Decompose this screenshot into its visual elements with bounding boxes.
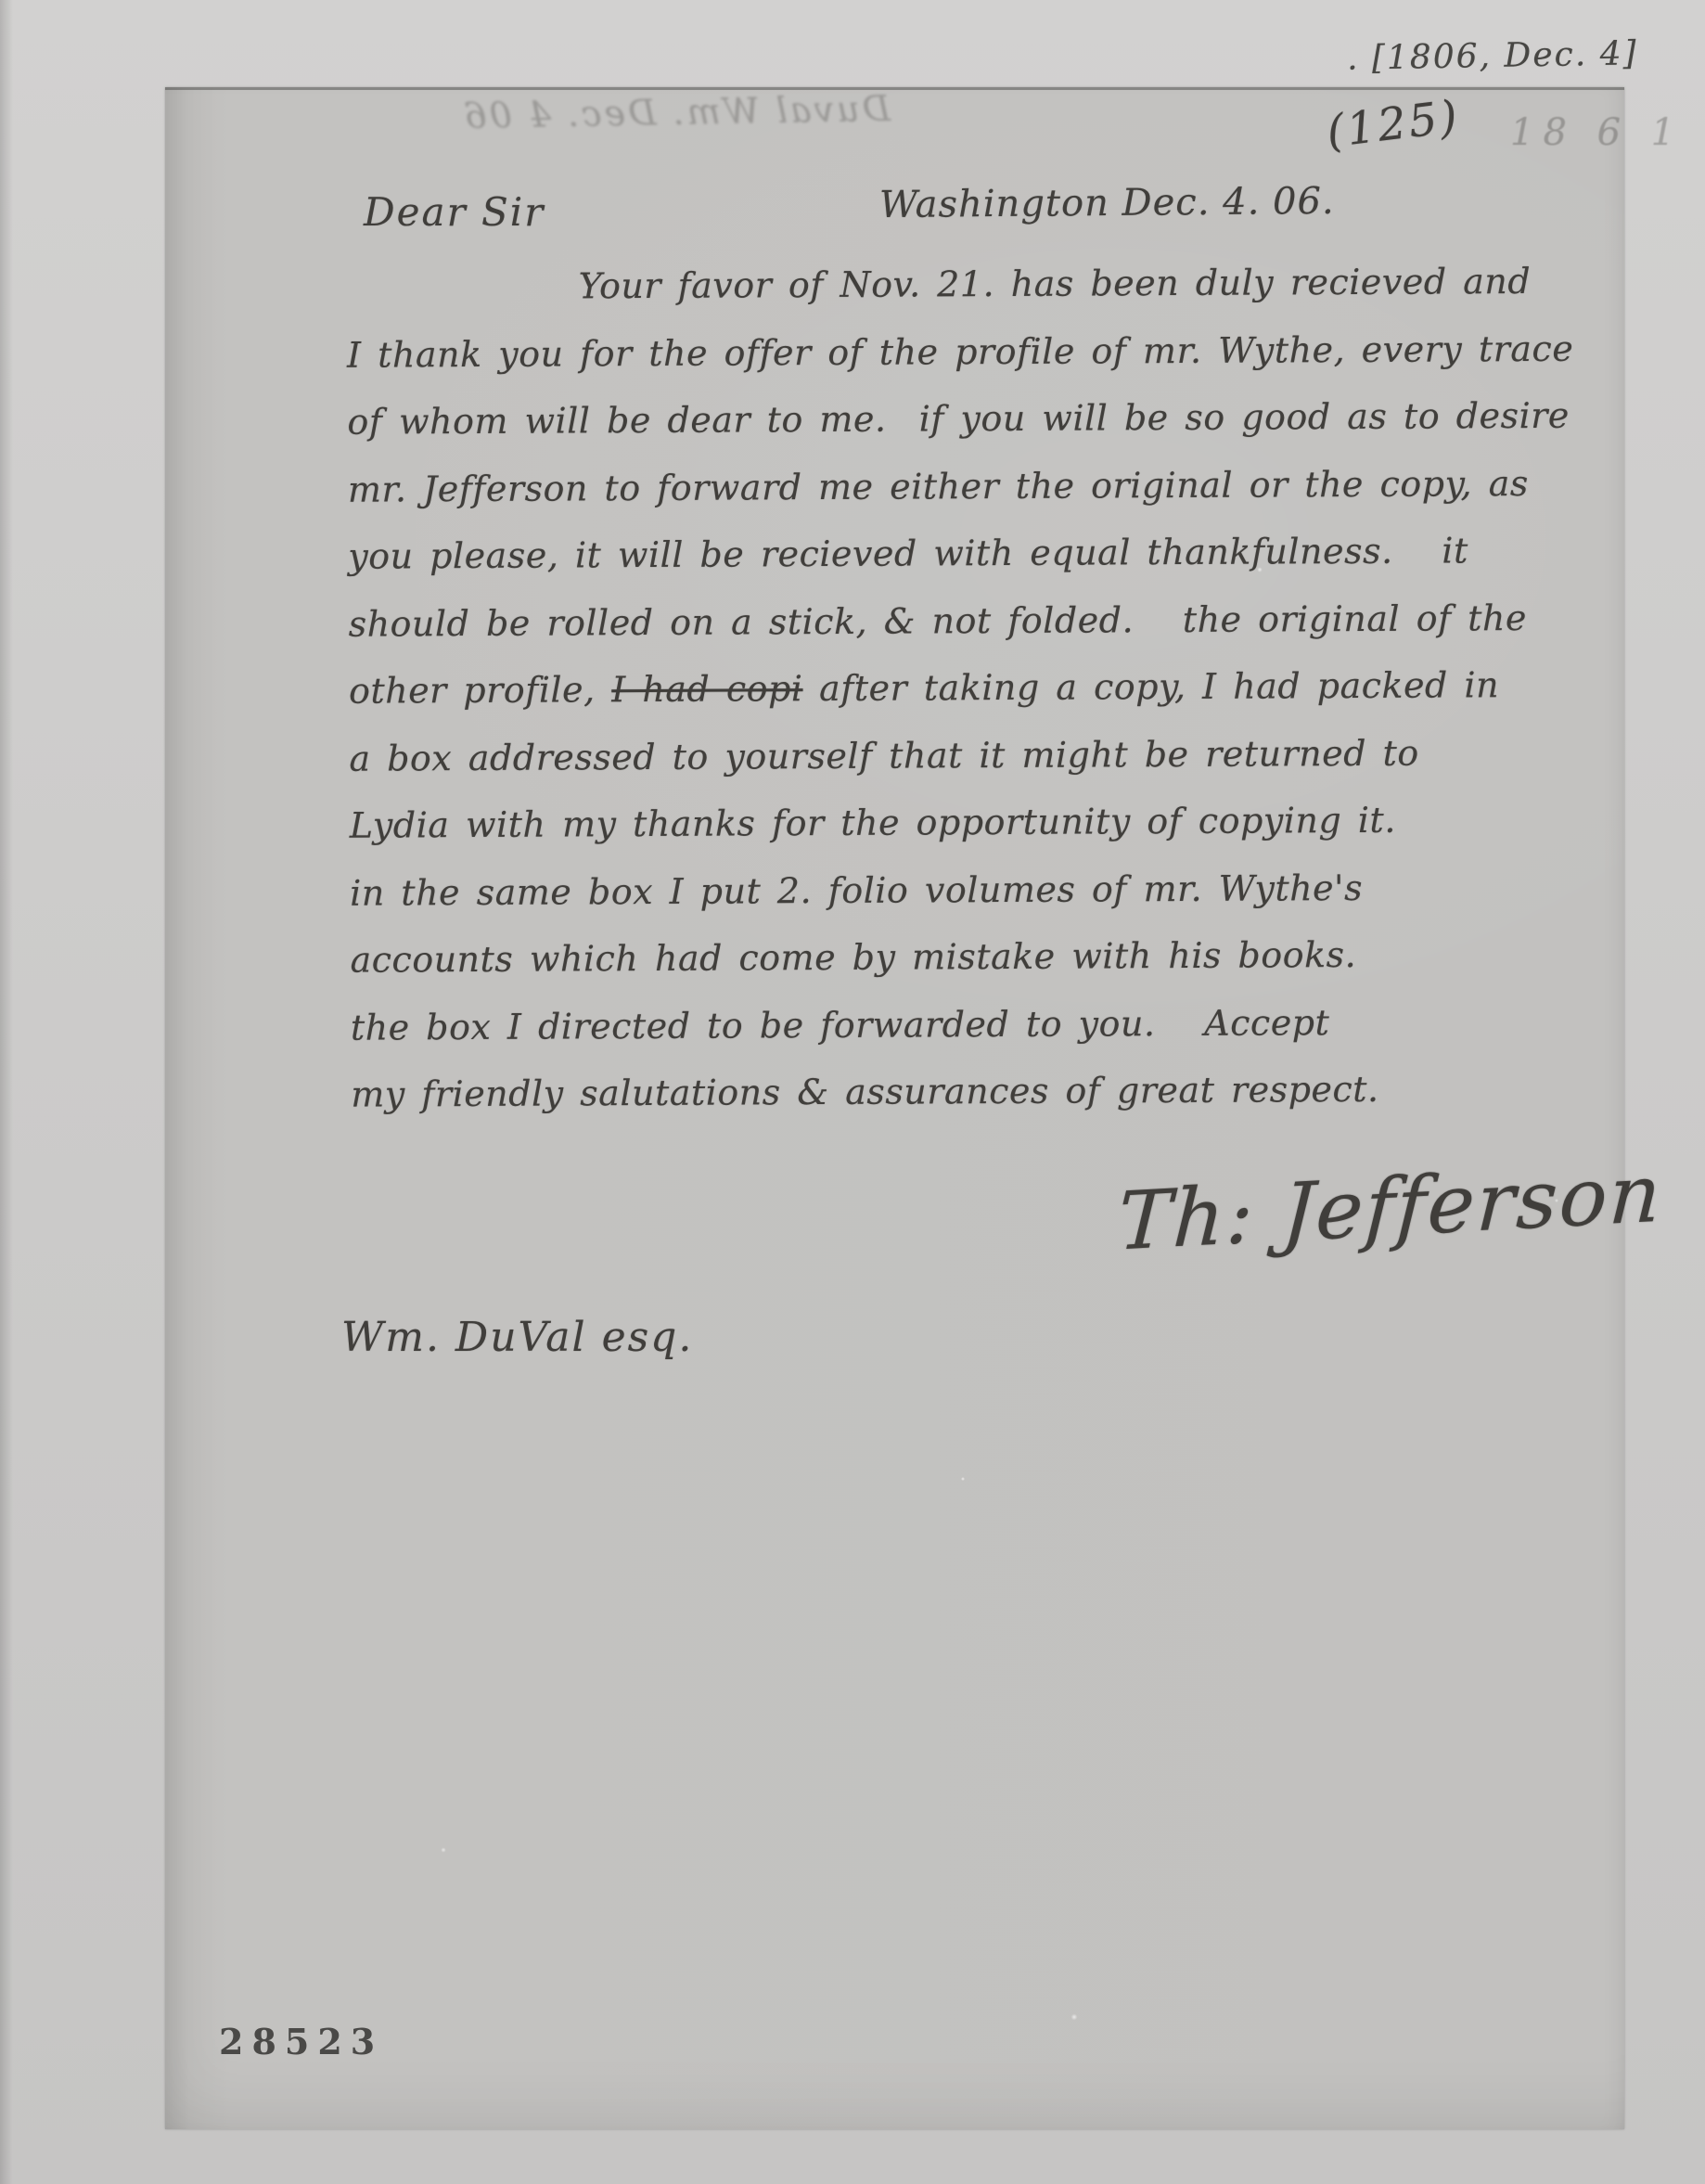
letter-line: the box I directed to be forwarded to yo…: [351, 987, 1659, 1061]
scan-background: { "scan": { "archival_note": ". [1806, D…: [0, 0, 1705, 2184]
letter-line: Lydia with my thanks for the opportunity…: [350, 785, 1658, 859]
letter-line: accounts which had come by mistake with …: [350, 919, 1658, 994]
letter-line: other profile, I had copi after taking a…: [349, 650, 1657, 725]
letter-salutation: Dear Sir: [364, 189, 545, 235]
letter-addressee: Wm. DuVal esq.: [341, 1314, 693, 1361]
stamp-number: 28523: [219, 2021, 383, 2062]
letter-line: I thank you for the offer of the profile…: [347, 315, 1655, 389]
letter-line: you please, it will be recieved with equ…: [348, 516, 1656, 590]
letter-line: a box addressed to yourself that it migh…: [349, 718, 1657, 792]
letter-line: should be rolled on a stick, & not folde…: [348, 584, 1656, 658]
letter-dateline: Washington Dec. 4. 06.: [879, 180, 1335, 226]
letter-line: my friendly salutations & assurances of …: [351, 1054, 1659, 1128]
letter-body: Your favor of Nov. 21. has been duly rec…: [347, 247, 1660, 1128]
letter-line: mr. Jefferson to forward me either the o…: [348, 449, 1656, 523]
letter-line: Your favor of Nov. 21. has been duly rec…: [347, 247, 1655, 321]
faint-marks: 18 6 1: [1510, 111, 1684, 154]
archival-date-note: . [1806, Dec. 4]: [1347, 34, 1638, 77]
scan-canvas: . [1806, Dec. 4] (125) 18 6 1 Duval Wm. …: [0, 0, 1705, 2184]
letter-line: of whom will be dear to me. if you will …: [347, 381, 1655, 456]
letter-line: in the same box I put 2. folio volumes o…: [350, 853, 1658, 927]
